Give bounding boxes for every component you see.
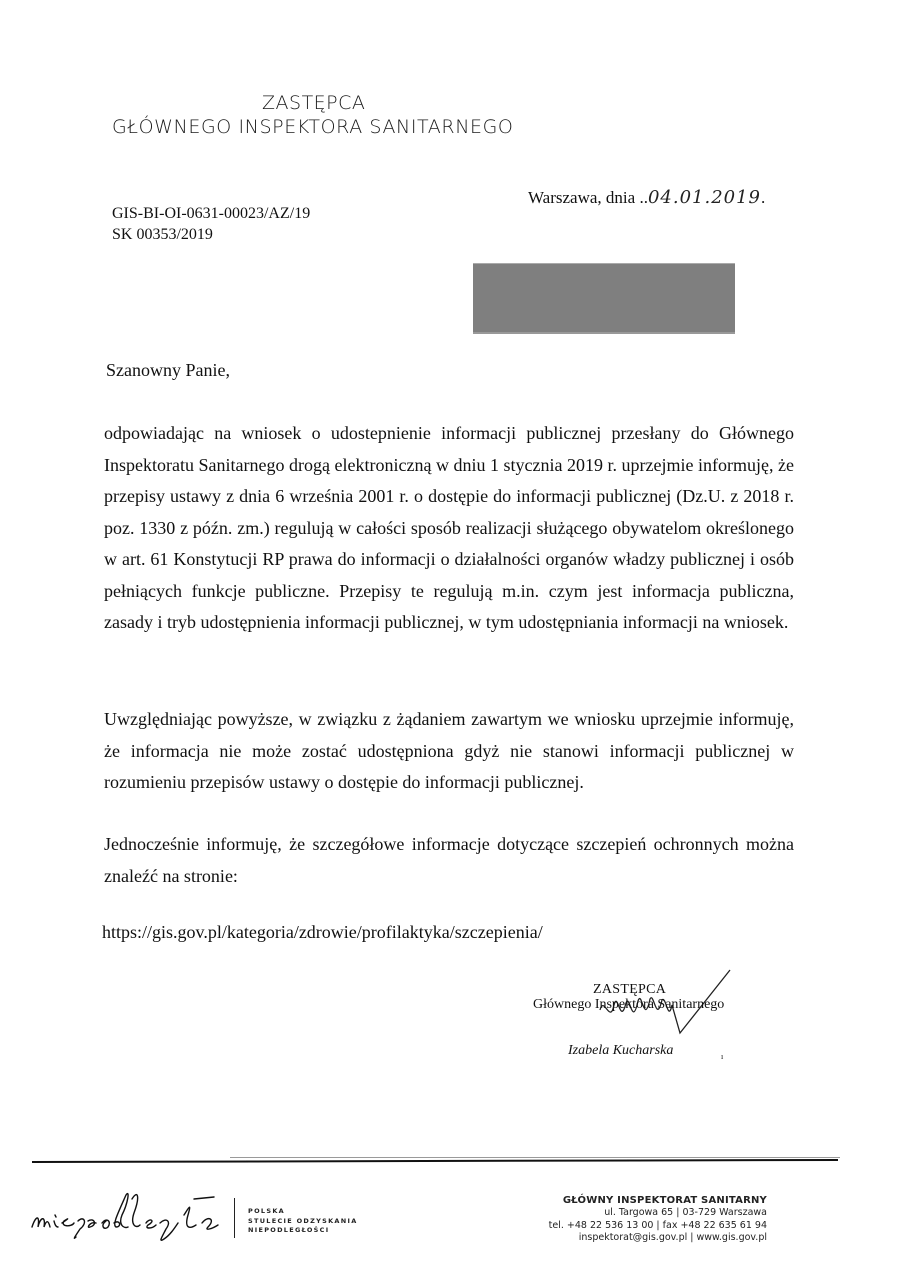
body-paragraph-1: odpowiadając na wniosek o udostepnienie … (104, 418, 794, 639)
signature-institution: Głównego Inspektora Sanitarnego (533, 997, 724, 1013)
place-prefix: Warszawa, dnia (528, 188, 639, 207)
logo-separator (234, 1198, 235, 1238)
logo-caption-line-3: NIEPODLEGŁOŚCI (248, 1226, 358, 1236)
date-dots-end: . (761, 188, 765, 207)
footer-org-name: GŁÓWNY INSPEKTORAT SANITARNY (549, 1195, 767, 1207)
footer-email-web[interactable]: inspektorat@gis.gov.pl | www.gis.gov.pl (549, 1232, 767, 1244)
vaccination-info-link[interactable]: https://gis.gov.pl/kategoria/zdrowie/pro… (102, 922, 543, 943)
footer-contact: GŁÓWNY INSPEKTORAT SANITARNY ul. Targowa… (549, 1195, 767, 1244)
redacted-recipient-address (473, 263, 735, 334)
logo-caption: POLSKA STULECIE ODZYSKANIA NIEPODLEGŁOŚC… (248, 1207, 358, 1236)
signatory-name: Izabela Kucharska (568, 1043, 673, 1059)
body-paragraph-2: Uwzględniając powyższe, w związku z żąda… (104, 704, 794, 799)
logo-caption-line-1: POLSKA (248, 1207, 358, 1217)
footer-address: ul. Targowa 65 | 03-729 Warszawa (549, 1207, 767, 1219)
date-dots: .. (639, 188, 648, 207)
signature-title: ZASTĘPCA (593, 982, 666, 998)
footer-divider-faint (230, 1157, 840, 1158)
signature-mark: ı (721, 1052, 723, 1061)
footer-phone-fax: tel. +48 22 536 13 00 | fax +48 22 635 6… (549, 1220, 767, 1232)
greeting: Szanowny Panie, (106, 360, 230, 381)
place-date: Warszawa, dnia ..04.01.2019. (528, 187, 765, 208)
logo-caption-line-2: STULECIE ODZYSKANIA (248, 1217, 358, 1227)
sk-number: SK 00353/2019 (112, 226, 213, 244)
handwritten-date: 04.01.2019 (648, 187, 761, 208)
letterhead-subtitle: GŁÓWNEGO INSPEKTORA SANITARNEGO (112, 116, 514, 138)
footer-divider (32, 1159, 838, 1163)
body-paragraph-3: Jednocześnie informuję, że szczegółowe i… (104, 829, 794, 892)
letterhead-title: ZASTĘPCA (262, 92, 365, 114)
case-number: GIS-BI-OI-0631-00023/AZ/19 (112, 205, 310, 223)
niepodlegla-logo-icon (28, 1185, 228, 1245)
